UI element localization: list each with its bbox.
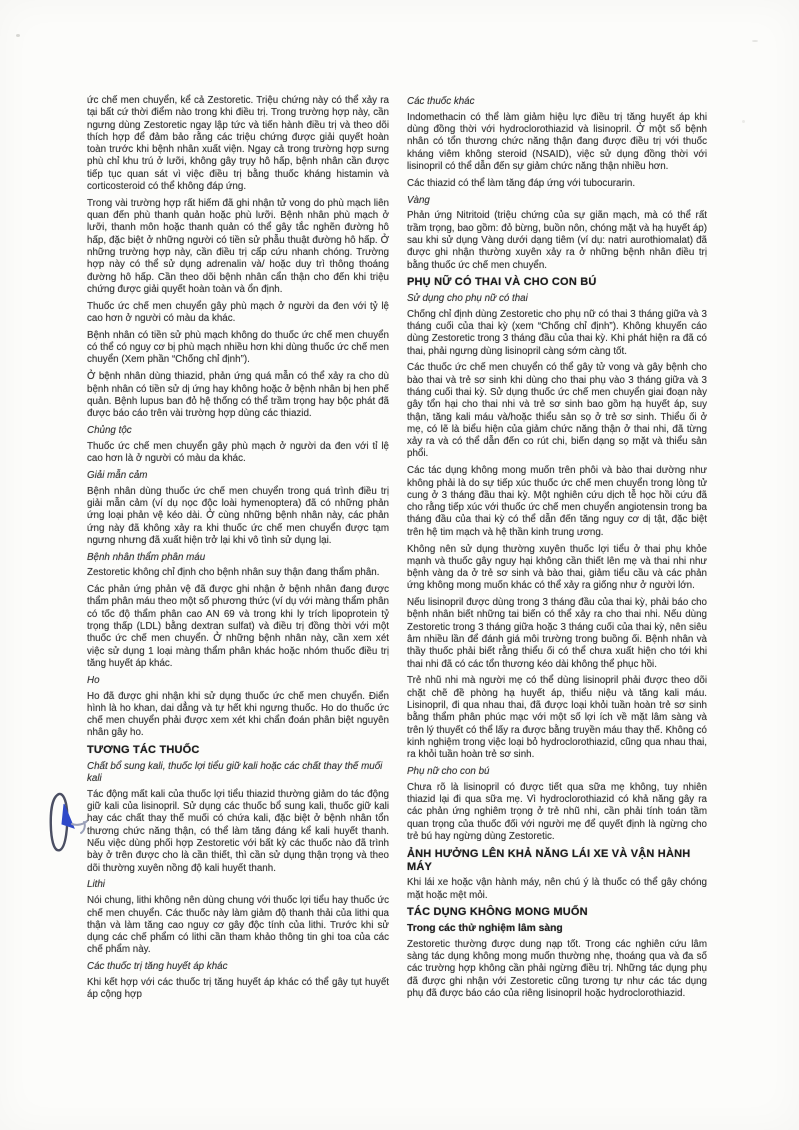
body-paragraph: Zestoretic thường được dung nạp tốt. Tro… [407,939,707,1000]
subsection-heading: Ho [87,675,389,687]
body-paragraph: Indomethacin có thể làm giảm hiệu lực đi… [407,112,707,173]
subsection-heading: Sử dụng cho phụ nữ có thai [407,293,707,305]
bold-subheading: Trong các thử nghiệm lâm sàng [407,923,707,935]
body-paragraph: Ở bệnh nhân dùng thiazid, phản ứng quá m… [87,371,389,420]
right-column: Các thuốc khácIndomethacin có thể làm gi… [407,95,707,1006]
body-paragraph: Tác động mất kali của thuốc lợi tiểu thi… [87,789,389,875]
body-paragraph: Bệnh nhân có tiền sử phù mạch không do t… [87,330,389,367]
subsection-heading: Lithi [87,879,389,891]
section-heading: ẢNH HƯỞNG LÊN KHẢ NĂNG LÁI XE VÀ VẬN HÀN… [407,848,707,874]
subsection-heading: Các thuốc trị tăng huyết áp khác [87,961,389,973]
section-heading: PHỤ NỮ CÓ THAI VÀ CHO CON BÚ [407,276,707,289]
body-paragraph: Phản ứng Nitritoid (triệu chứng của sự g… [407,210,707,271]
body-paragraph: Trong vài trường hợp rất hiếm đã ghi nhậ… [87,198,389,296]
scan-speck [742,120,745,123]
section-heading: TÁC DỤNG KHÔNG MONG MUỐN [407,906,707,919]
body-paragraph: Chống chỉ định dùng Zestoretic cho phụ n… [407,309,707,358]
subsection-heading: Chủng tộc [87,425,389,437]
body-paragraph: Thuốc ức chế men chuyển gây phù mạch ở n… [87,441,389,466]
body-paragraph: Khi lái xe hoặc vận hành máy, nên chú ý … [407,877,707,902]
scanned-leaflet-page: ức chế men chuyển, kể cả Zestoretic. Tri… [0,0,799,1130]
subsection-heading: Chất bổ sung kali, thuốc lợi tiểu giữ ka… [87,761,389,786]
two-column-text-area: ức chế men chuyển, kể cả Zestoretic. Tri… [87,95,707,1006]
subsection-heading: Các thuốc khác [407,96,707,108]
body-paragraph: Ho đã được ghi nhận khi sử dụng thuốc ức… [87,691,389,740]
body-paragraph: Khi kết hợp với các thuốc trị tăng huyết… [87,977,389,1002]
body-paragraph: Nói chung, lithi không nên dùng chung vớ… [87,895,389,956]
left-column: ức chế men chuyển, kể cả Zestoretic. Tri… [87,95,389,1006]
scan-speck [16,34,20,37]
body-paragraph: Bệnh nhân dùng thuốc ức chế men chuyển t… [87,486,389,547]
subsection-heading: Giải mẫn cảm [87,470,389,482]
body-paragraph: Không nên sử dụng thường xuyên thuốc lợi… [407,544,707,593]
body-paragraph: Zestoretic không chỉ định cho bệnh nhân … [87,567,389,579]
body-paragraph: Nếu lisinopril được dùng trong 3 tháng đ… [407,597,707,671]
body-paragraph: Chưa rõ là lisinopril có được tiết qua s… [407,782,707,843]
subsection-heading: Phụ nữ cho con bú [407,766,707,778]
body-paragraph: Các thuốc ức chế men chuyển có thể gây t… [407,362,707,460]
body-paragraph: ức chế men chuyển, kể cả Zestoretic. Tri… [87,95,389,193]
section-heading: TƯƠNG TÁC THUỐC [87,744,389,757]
subsection-heading: Bệnh nhân thẩm phân máu [87,552,389,564]
scan-speck [752,40,758,42]
body-paragraph: Các tác dụng không mong muốn trên phôi v… [407,465,707,539]
body-paragraph: Các thiazid có thể làm tăng đáp ứng với … [407,178,707,190]
body-paragraph: Trẻ nhũ nhi mà người mẹ có thể dùng lisi… [407,675,707,761]
body-paragraph: Các phản ứng phản vệ đã được ghi nhận ở … [87,584,389,670]
body-paragraph: Thuốc ức chế men chuyển gây phù mạch ở n… [87,301,389,326]
subsection-heading: Vàng [407,195,707,207]
